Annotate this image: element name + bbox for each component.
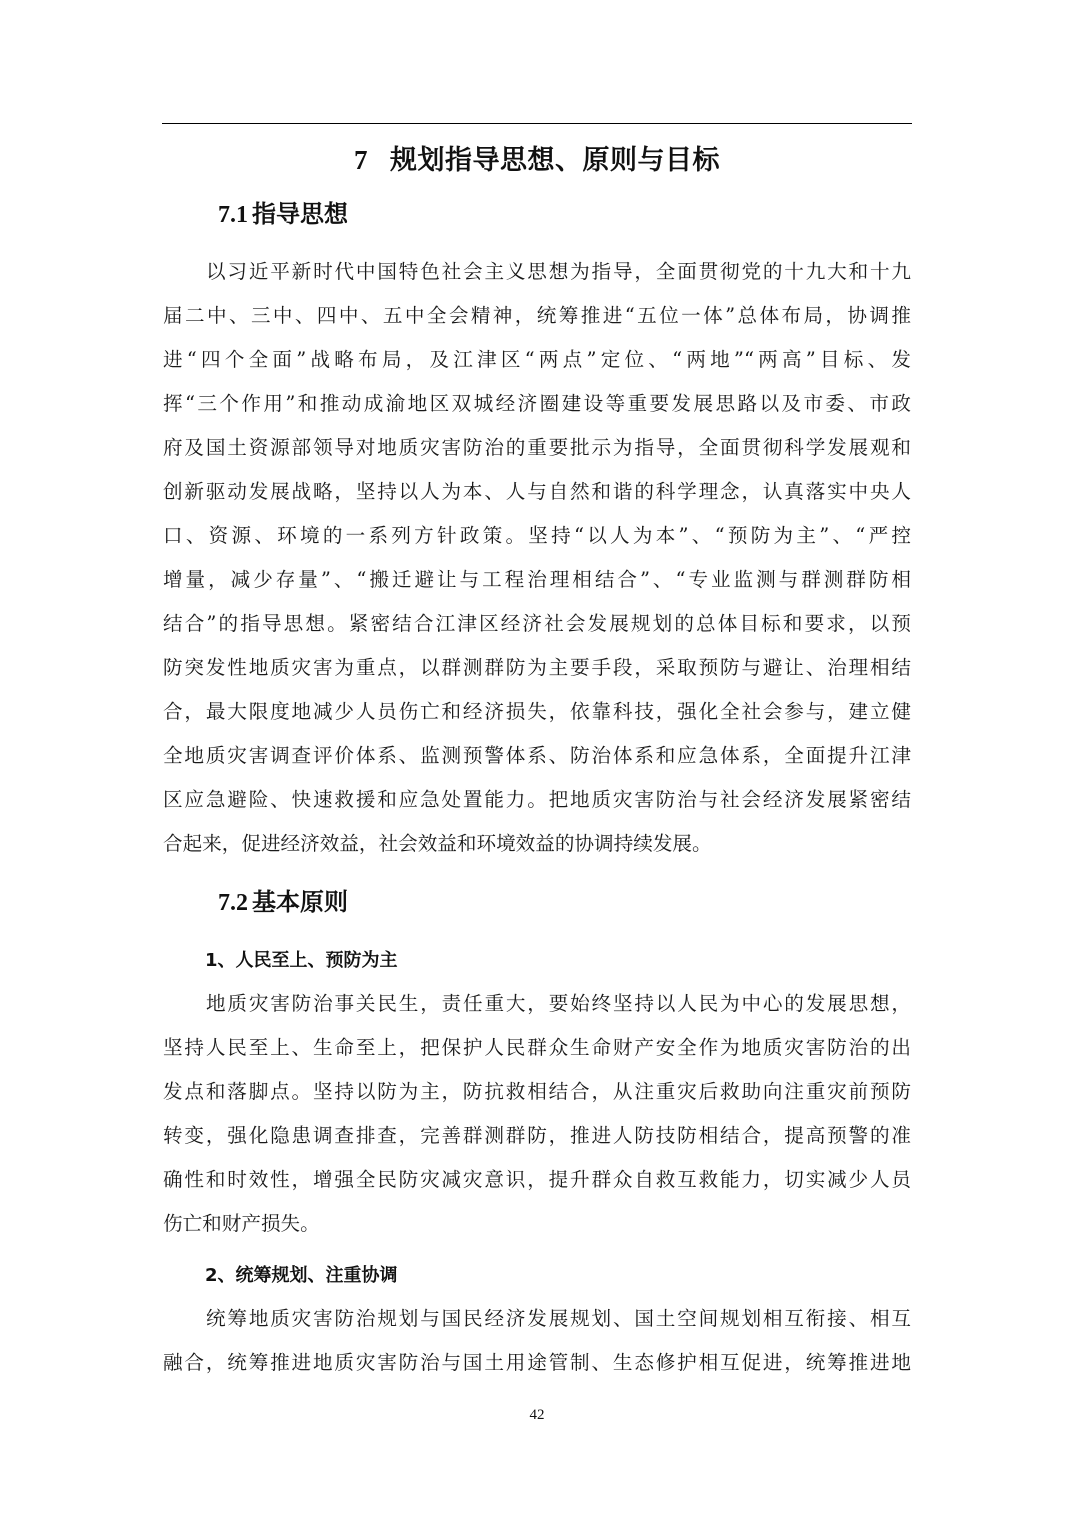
paragraph-line: 进“四个全面”战略布局，及江津区“两点”定位、“两地”“两高”目标、发 [163, 346, 911, 374]
paragraph-line: 结合”的指导思想。紧密结合江津区经济社会发展规划的总体目标和要求，以预 [163, 610, 911, 638]
chapter-title-text: 规划指导思想、原则与目标 [390, 145, 720, 176]
paragraph-line: 统筹地质灾害防治规划与国民经济发展规划、国土空间规划相互衔接、相互 [206, 1305, 911, 1333]
chapter-number: 7 [354, 145, 368, 175]
section-title-text: 指导思想 [252, 200, 348, 228]
paragraph-line: 府及国土资源部领导对地质灾害防治的重要批示为指导，全面贯彻科学发展观和 [163, 434, 911, 462]
paragraph-line: 区应急避险、快速救援和应急处置能力。把地质灾害防治与社会经济发展紧密结 [163, 786, 911, 814]
principle-heading-1: 1、人民至上、预防为主 [205, 947, 398, 975]
paragraph-line: 地质灾害防治事关民生，责任重大，要始终坚持以人民为中心的发展思想， [206, 990, 911, 1018]
paragraph-line: 坚持人民至上、生命至上，把保护人民群众生命财产安全作为地质灾害防治的出 [163, 1034, 911, 1062]
principle-heading-2: 2、统筹规划、注重协调 [205, 1262, 398, 1290]
section-number: 7.1 [218, 202, 248, 228]
paragraph-line: 伤亡和财产损失。 [163, 1210, 911, 1238]
chapter-title: 7规划指导思想、原则与目标 [162, 140, 912, 181]
paragraph-line: 创新驱动发展战略，坚持以人为本、人与自然和谐的科学理念，认真落实中央人 [163, 478, 911, 506]
paragraph-line: 防突发性地质灾害为重点，以群测群防为主要手段，采取预防与避让、治理相结 [163, 654, 911, 682]
section-title-7-2: 7.2基本原则 [218, 884, 348, 921]
page-number: 42 [0, 1405, 1074, 1425]
paragraph-line: 以习近平新时代中国特色社会主义思想为指导，全面贯彻党的十九大和十九 [206, 258, 911, 286]
header-rule [162, 123, 912, 124]
paragraph-line: 发点和落脚点。坚持以防为主，防抗救相结合，从注重灾后救助向注重灾前预防 [163, 1078, 911, 1106]
section-number: 7.2 [218, 890, 248, 916]
paragraph-line: 合，最大限度地减少人员伤亡和经济损失，依靠科技，强化全社会参与，建立健 [163, 698, 911, 726]
paragraph-line: 合起来，促进经济效益，社会效益和环境效益的协调持续发展。 [163, 830, 911, 858]
paragraph-line: 挥“三个作用”和推动成渝地区双城经济圈建设等重要发展思路以及市委、市政 [163, 390, 911, 418]
document-page: 7规划指导思想、原则与目标 7.1指导思想 以习近平新时代中国特色社会主义思想为… [0, 0, 1074, 1520]
paragraph-line: 增量，减少存量”、“搬迁避让与工程治理相结合”、“专业监测与群测群防相 [163, 566, 911, 594]
paragraph-line: 届二中、三中、四中、五中全会精神，统筹推进“五位一体”总体布局，协调推 [163, 302, 911, 330]
section-title-text: 基本原则 [252, 888, 348, 916]
paragraph-line: 转变，强化隐患调查排查，完善群测群防，推进人防技防相结合，提高预警的准 [163, 1122, 911, 1150]
paragraph-line: 全地质灾害调查评价体系、监测预警体系、防治体系和应急体系，全面提升江津 [163, 742, 911, 770]
section-title-7-1: 7.1指导思想 [218, 196, 348, 233]
paragraph-line: 确性和时效性，增强全民防灾减灾意识，提升群众自救互救能力，切实减少人员 [163, 1166, 911, 1194]
paragraph-line: 融合，统筹推进地质灾害防治与国土用途管制、生态修护相互促进，统筹推进地 [163, 1349, 911, 1377]
paragraph-line: 口、资源、环境的一系列方针政策。坚持“以人为本”、“预防为主”、“严控 [163, 522, 911, 550]
